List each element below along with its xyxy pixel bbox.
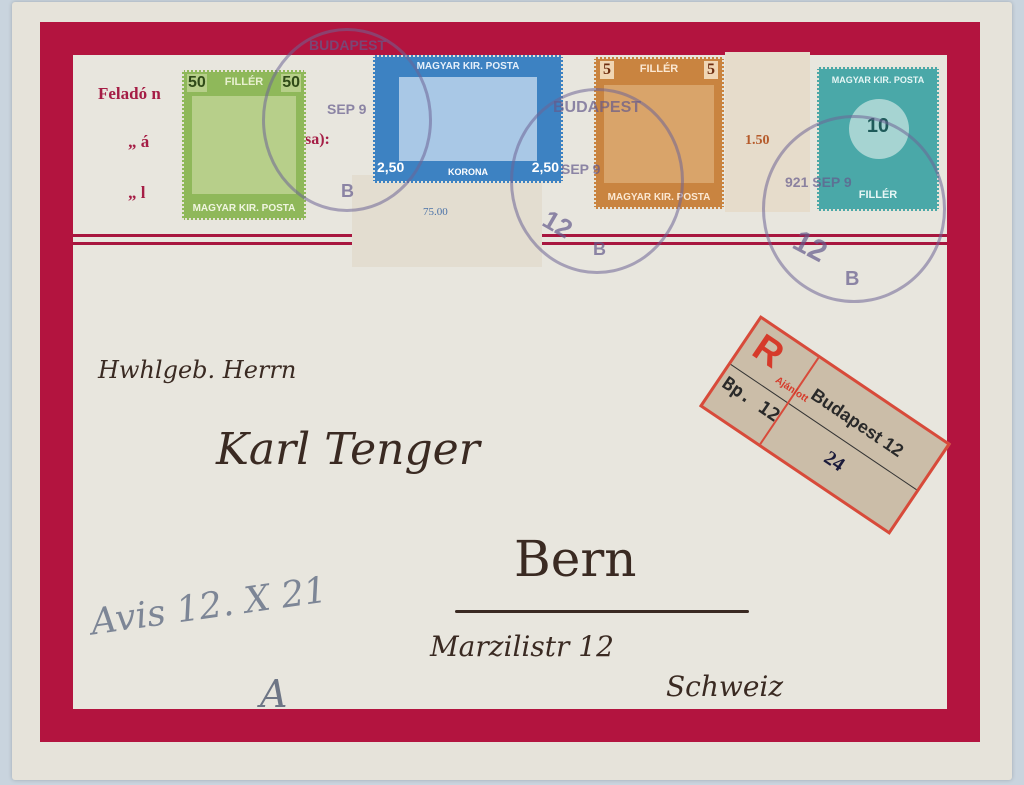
address-country: Schweiz — [666, 670, 783, 703]
postmark-date: SEP 9 — [561, 161, 600, 177]
stamp-value-left: 50 — [187, 74, 207, 92]
postmark-3: 921 SEP 9 12 B — [762, 115, 946, 303]
address-street: Marzilistr 12 — [430, 630, 614, 663]
address-salutation: Hwhlgeb. Herrn — [98, 356, 296, 384]
postmark-letter: B — [593, 239, 606, 260]
postmark-date: 921 SEP 9 — [785, 174, 852, 190]
stamp-value-left: 5 — [600, 61, 614, 79]
address-name: Karl Tenger — [216, 424, 480, 475]
header-line-3: „ l — [128, 183, 145, 203]
postmark-code: 12 — [787, 224, 832, 270]
postmark-letter: B — [341, 181, 354, 202]
city-underline — [455, 610, 749, 613]
postmark-2: BUDAPEST SEP 9 12 B — [510, 88, 684, 274]
address-city: Bern — [514, 530, 636, 588]
header-line-2: „ á — [128, 132, 149, 152]
registration-number: 24 — [819, 447, 848, 477]
stamp-value-right: 5 — [704, 61, 718, 79]
pencil-mark: A — [260, 672, 287, 716]
stamp-bottom-text: MAGYAR KIR. POSTA — [184, 203, 304, 214]
selvage-value-75: 75.00 — [423, 206, 448, 218]
postmark-date: SEP 9 — [327, 101, 366, 117]
postmark-letter: B — [845, 268, 859, 291]
postmark-city: BUDAPEST — [309, 37, 386, 53]
postmark-city: BUDAPEST — [553, 99, 641, 117]
stamp-top-text: MAGYAR KIR. POSTA — [819, 75, 937, 85]
postmark-1: BUDAPEST SEP 9 B — [262, 28, 432, 212]
selvage-value-150: 1.50 — [745, 133, 770, 149]
registration-letter: R — [744, 327, 791, 378]
postmark-code: 12 — [537, 204, 578, 245]
sender-label: Feladó n — [98, 84, 161, 104]
